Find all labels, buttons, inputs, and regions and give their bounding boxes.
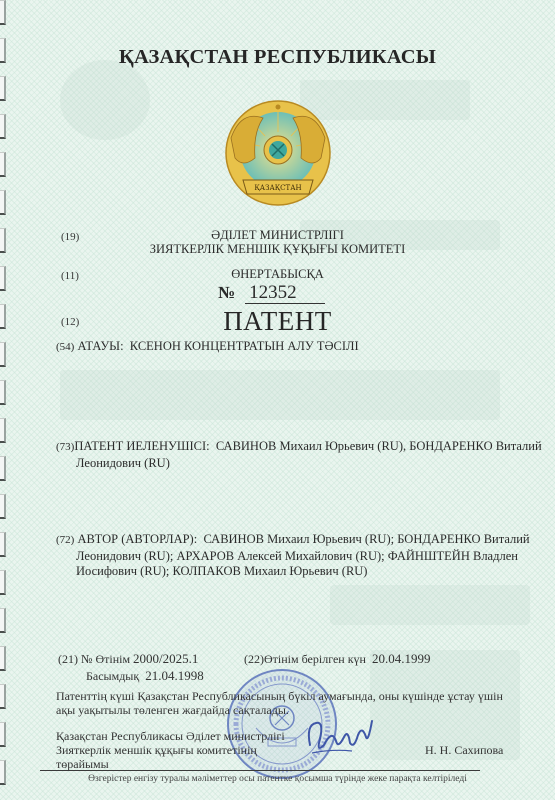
- patent-certificate: ҚАЗАҚСТАН РЕСПУБЛИКАСЫ Қ: [0, 0, 555, 800]
- watermark: [60, 370, 500, 420]
- owner-line1: САВИНОВ Михаил Юрьевич (RU), БОНДАРЕНКО …: [216, 439, 542, 453]
- watermark: [330, 585, 530, 625]
- watermark: [60, 60, 150, 140]
- authors-line3: Иосифович (RU); КОЛПАКОВ Михаил Юрьевич …: [56, 564, 530, 580]
- priority-label: Басымдық: [86, 669, 139, 683]
- owner-line2: Леонидович (RU): [56, 456, 542, 472]
- document-type: ПАТЕНТ: [0, 306, 555, 337]
- invention-name: (54) АТАУЫ: КСЕНОН КОНЦЕНТРАТЫН АЛУ ТӘСІ…: [56, 339, 359, 356]
- authors: (72) АВТОР (АВТОРЛАР): САВИНОВ Михаил Юр…: [56, 532, 530, 580]
- inid-code-73: (73): [56, 441, 74, 453]
- application-value: 2000/2025.1: [133, 651, 198, 666]
- issuer-line1: ӘДІЛЕТ МИНИСТРЛІГІ: [0, 228, 555, 243]
- validity-line2: ақы уақытылы төленген жағдайда сақталады…: [56, 703, 289, 718]
- filing-date: (22)Өтінім берілген күн 20.04.1999: [244, 651, 430, 667]
- footer-divider: [40, 770, 480, 771]
- inid-code-54: (54): [56, 341, 74, 353]
- number-sign: №: [218, 283, 235, 302]
- inid-code-21: (21): [58, 652, 78, 666]
- signatory-line2: Зияткерлік меншік құқығы комитетінің: [56, 743, 257, 758]
- signature-icon: [302, 715, 377, 760]
- inid-code-72: (72): [56, 534, 74, 546]
- owner-label: ПАТЕНТ ИЕЛЕНУШІСІ:: [74, 439, 209, 453]
- validity-line1: Патенттің күші Қазақстан Республикасының…: [56, 689, 503, 704]
- name-label: АТАУЫ:: [77, 339, 123, 353]
- patent-number: №12352: [218, 282, 325, 304]
- patent-owner: (73)ПАТЕНТ ИЕЛЕНУШІСІ: САВИНОВ Михаил Юр…: [56, 439, 542, 471]
- document-title: ҚАЗАҚСТАН РЕСПУБЛИКАСЫ: [0, 46, 555, 69]
- signatory-name: Н. Н. Сахипова: [425, 743, 503, 758]
- application-number: (21) № Өтінім 2000/2025.1: [58, 651, 198, 667]
- priority-value: 21.04.1998: [145, 668, 204, 683]
- authors-label: АВТОР (АВТОРЛАР):: [77, 532, 197, 546]
- authors-line1: САВИНОВ Михаил Юрьевич (RU); БОНДАРЕНКО …: [203, 532, 529, 546]
- issuer-line2: ЗИЯТКЕРЛІК МЕНШІК ҚҰҚЫҒЫ КОМИТЕТІ: [0, 242, 555, 257]
- priority-date: Басымдық 21.04.1998: [86, 668, 204, 684]
- authors-line2: Леонидович (RU); АРХАРОВ Алексей Михайло…: [56, 549, 530, 565]
- patent-number-value: 12352: [245, 283, 325, 304]
- signatory-line1: Қазақстан Республикасы Әділет министрліг…: [56, 729, 285, 744]
- application-label: № Өтінім: [81, 652, 130, 666]
- state-emblem-icon: ҚАЗАҚСТАН: [213, 98, 343, 208]
- filing-value: 20.04.1999: [372, 651, 431, 666]
- name-value: КСЕНОН КОНЦЕНТРАТЫН АЛУ ТӘСІЛІ: [130, 339, 359, 353]
- invention-label: ӨНЕРТАБЫСҚА: [0, 267, 555, 282]
- svg-text:ҚАЗАҚСТАН: ҚАЗАҚСТАН: [254, 184, 301, 192]
- filing-label: Өтінім берілген күн: [264, 652, 366, 666]
- inid-code-22: (22): [244, 652, 264, 666]
- binding-edge: [0, 0, 6, 800]
- footer-note: Өзгерістер енгізу туралы мәліметтер осы …: [0, 774, 555, 784]
